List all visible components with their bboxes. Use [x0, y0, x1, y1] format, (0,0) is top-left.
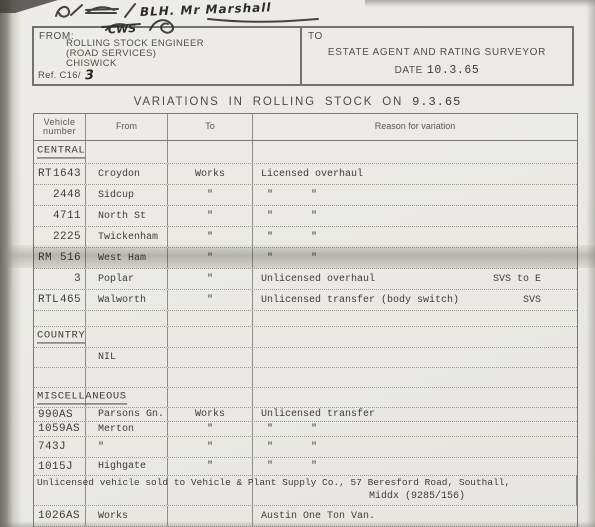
table-row: 990ASParsons Gn.WorksUnlicensed transfer — [34, 408, 577, 422]
reason-cell: "" — [253, 206, 577, 226]
ref-label: Ref. C16/ — [38, 70, 81, 81]
header-to: To — [168, 114, 253, 140]
from-cell: Poplar — [86, 269, 168, 289]
variations-table: Vehicle number From To Reason for variat… — [33, 113, 578, 527]
reason-cell — [253, 388, 577, 407]
vehicle-cell: 4711 — [34, 206, 86, 226]
to-cell — [168, 388, 253, 407]
title-printed: VARIATIONS IN ROLLING STOCK ON — [134, 96, 403, 108]
vehicle-cell: 1059AS — [34, 422, 86, 436]
reason-cell: "" — [253, 422, 577, 436]
table-row: 1015JHighgate""" — [34, 458, 577, 476]
to-cell: " — [168, 290, 253, 310]
to-cell — [168, 368, 253, 387]
reason-cell — [253, 368, 577, 387]
reason-cell: "" — [253, 185, 577, 205]
memo-from-cell: FROM: ROLLING STOCK ENGINEER (ROAD SERVI… — [34, 28, 302, 84]
reason-tag: SVS to E — [493, 274, 541, 285]
from-cell: Works — [86, 506, 168, 526]
section-label: CENTRAL — [37, 144, 85, 158]
spanning-note-line: Middx (9285/156) — [34, 491, 465, 502]
spanning-note: Unlicensed vehicle sold to Vehicle & Pla… — [34, 476, 577, 505]
slash-mark — [125, 4, 135, 17]
reference-line: Ref. C16/3 — [38, 67, 94, 82]
vehicle-cell — [34, 348, 86, 367]
from-cell: " — [86, 437, 168, 457]
from-cell: Highgate — [86, 458, 168, 475]
section-row: COUNTRY — [34, 327, 577, 348]
scan-edge-shadow-left — [0, 0, 22, 527]
reason-cell — [253, 327, 577, 347]
from-cell — [86, 311, 168, 326]
reason-cell — [253, 141, 577, 163]
table-header-row: Vehicle number From To Reason for variat… — [34, 114, 577, 141]
from-cell: Twickenham — [86, 227, 168, 247]
vehicle-cell: RM516 — [34, 248, 86, 268]
section-row: MISCELLANEOUS — [34, 388, 577, 408]
to-cell: " — [168, 206, 253, 226]
table-row: NIL — [34, 348, 577, 368]
to-cell — [168, 348, 253, 367]
table-row: RT1643CroydonWorksLicensed overhaul — [34, 164, 577, 185]
to-cell: " — [168, 422, 253, 436]
vehicle-cell: CENTRAL — [34, 141, 86, 163]
to-cell: " — [168, 269, 253, 289]
vehicle-cell: 1015J — [34, 458, 86, 475]
vehicle-cell: 2448 — [34, 185, 86, 205]
to-cell: " — [168, 248, 253, 268]
to-cell: Works — [168, 408, 253, 421]
reason-cell — [253, 311, 577, 326]
header-vehicle-number: Vehicle number — [34, 114, 86, 140]
to-cell — [168, 311, 253, 326]
reason-cell: Unlicensed transfer (body switch)SVS — [253, 290, 577, 310]
header-reason: Reason for variation — [253, 114, 577, 140]
from-cell — [86, 327, 168, 347]
recipient-name: ESTATE AGENT AND RATING SURVEYOR — [302, 47, 572, 58]
document-title: VARIATIONS IN ROLLING STOCK ON 9.3.65 — [0, 95, 595, 109]
spanning-note-line: Unlicensed vehicle sold to Vehicle & Pla… — [37, 477, 510, 488]
table-row — [34, 368, 577, 388]
vehicle-cell — [34, 368, 86, 387]
to-cell: " — [168, 437, 253, 457]
vehicle-cell: 2225 — [34, 227, 86, 247]
vehicle-cell — [34, 311, 86, 326]
to-cell: " — [168, 227, 253, 247]
table-row: 3Poplar"Unlicensed overhaulSVS to E — [34, 269, 577, 290]
reason-cell: "" — [253, 437, 577, 457]
vehicle-cell: 3 — [34, 269, 86, 289]
from-cell: North St — [86, 206, 168, 226]
scribble-blob — [150, 20, 173, 33]
reason-cell: Unlicensed overhaulSVS to E — [253, 269, 577, 289]
document-scan: BLH. Mr Marshall CWS FROM: ROLLING STOCK… — [0, 0, 595, 527]
table-row: 2225Twickenham""" — [34, 227, 577, 248]
sender-address: ROLLING STOCK ENGINEER (ROAD SERVICES) C… — [66, 39, 204, 69]
table-row: RTL465Walworth"Unlicensed transfer (body… — [34, 290, 577, 311]
vehicle-cell: MISCELLANEOUS — [34, 388, 86, 407]
reason-cell: Licensed overhaul — [253, 164, 577, 184]
vehicle-cell: 1026AS — [34, 506, 86, 526]
to-cell: " — [168, 458, 253, 475]
scribble-mark — [56, 5, 82, 17]
reason-cell — [253, 348, 577, 367]
from-cell: West Ham — [86, 248, 168, 268]
underline-stroke — [208, 19, 318, 22]
ref-handwritten-digit: 3 — [84, 68, 94, 84]
vehicle-cell: COUNTRY — [34, 327, 86, 347]
vehicle-cell: 743J — [34, 437, 86, 457]
reason-cell: Unlicensed transfer — [253, 408, 577, 421]
scan-edge-shadow-top — [365, 0, 595, 7]
vehicle-cell: RT1643 — [34, 164, 86, 184]
to-cell: " — [168, 185, 253, 205]
handwritten-note-secondary: CWS — [108, 22, 137, 36]
date-label: DATE — [395, 65, 423, 76]
handwritten-note-text: BLH. Mr Marshall — [140, 0, 272, 19]
table-row — [34, 311, 577, 327]
to-cell — [168, 506, 253, 526]
from-cell: Walworth — [86, 290, 168, 310]
table-row: RM516West Ham""" — [34, 248, 577, 269]
table-row: 743J"""" — [34, 437, 577, 458]
vehicle-cell: RTL465 — [34, 290, 86, 310]
reason-cell: Austin One Ton Van. — [253, 506, 577, 526]
from-cell: Parsons Gn. — [86, 408, 168, 421]
memo-to-cell: TO ESTATE AGENT AND RATING SURVEYOR DATE… — [302, 28, 572, 84]
from-cell: Croydon — [86, 164, 168, 184]
to-cell — [168, 141, 253, 163]
table-row: Unlicensed vehicle sold to Vehicle & Pla… — [34, 476, 577, 506]
section-row: CENTRAL — [34, 141, 577, 164]
table-row: 2448Sidcup""" — [34, 185, 577, 206]
section-label: COUNTRY — [37, 329, 85, 343]
scribble-crossed-word — [86, 7, 118, 13]
from-cell — [86, 141, 168, 163]
scanned-memo-page: { "annotations": { "note_main": "BLH. Mr… — [0, 0, 595, 527]
section-label: MISCELLANEOUS — [37, 390, 127, 404]
reason-tag: SVS — [523, 295, 541, 306]
table-row: 1059ASMerton""" — [34, 422, 577, 437]
table-row: 1026ASWorksAustin One Ton Van. — [34, 506, 577, 527]
to-cell — [168, 327, 253, 347]
reason-cell: "" — [253, 458, 577, 475]
vehicle-cell: 990AS — [34, 408, 86, 421]
date-line: DATE10.3.65 — [302, 64, 572, 77]
to-cell: Works — [168, 164, 253, 184]
title-date: 9.3.65 — [412, 95, 461, 109]
date-value: 10.3.65 — [427, 64, 480, 77]
from-cell: Merton — [86, 422, 168, 436]
table-row: 4711North St""" — [34, 206, 577, 227]
from-cell: Sidcup — [86, 185, 168, 205]
from-cell: NIL — [86, 348, 168, 367]
scan-edge-shadow-right — [586, 0, 595, 527]
handwritten-annotation: BLH. Mr Marshall CWS — [46, 0, 366, 36]
reason-cell: "" — [253, 248, 577, 268]
header-from: From — [86, 114, 168, 140]
from-cell — [86, 368, 168, 387]
reason-cell: "" — [253, 227, 577, 247]
